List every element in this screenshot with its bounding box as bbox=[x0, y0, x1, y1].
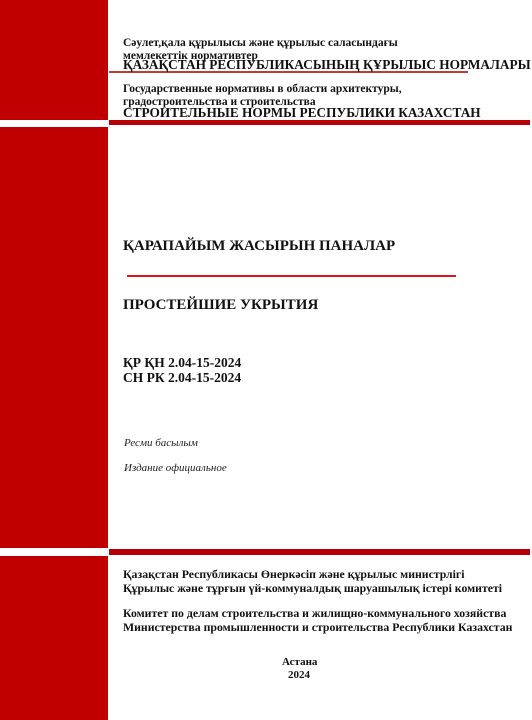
red-block-top bbox=[0, 0, 108, 120]
header-bar bbox=[109, 120, 530, 125]
ministry-kz-line1: Қазақстан Республикасы Өнеркәсіп және құ… bbox=[123, 567, 465, 581]
document-code-ru: СН РК 2.04-15-2024 bbox=[123, 370, 241, 386]
footer-bar bbox=[109, 549, 530, 555]
publication-city: Астана bbox=[282, 656, 316, 669]
ministry-kz-line2: Құрылыс және тұрғын үй-коммуналдық шаруа… bbox=[123, 581, 502, 595]
ministry-ru-line1: Комитет по делам строительства и жилищно… bbox=[123, 606, 506, 620]
document-title-kz: ҚАРАПАЙЫМ ЖАСЫРЫН ПАНАЛАР bbox=[123, 237, 395, 255]
document-code-kz: ҚР ҚН 2.04-15-2024 bbox=[123, 355, 241, 371]
title-divider bbox=[127, 275, 456, 277]
header-ru-title: СТРОИТЕЛЬНЫЕ НОРМЫ РЕСПУБЛИКИ КАЗАХСТАН bbox=[123, 105, 481, 120]
header-kz-title: ҚАЗАҚСТАН РЕСПУБЛИКАСЫНЫҢ ҚҰРЫЛЫС НОРМАЛ… bbox=[123, 57, 531, 72]
red-block-middle bbox=[0, 127, 108, 548]
document-title-ru: ПРОСТЕЙШИЕ УКРЫТИЯ bbox=[123, 296, 318, 314]
red-block-bottom bbox=[0, 556, 108, 720]
header-kz-line1: Сәулет,қала құрылысы және құрылыс саласы… bbox=[123, 37, 398, 50]
ministry-ru-line2: Министерства промышленности и строительс… bbox=[123, 620, 512, 634]
publication-year: 2024 bbox=[282, 669, 316, 682]
header-ru-line1: Государственные нормативы в области архи… bbox=[123, 83, 402, 96]
official-edition-kz: Ресми басылым bbox=[124, 437, 198, 450]
official-edition-ru: Издание официальное bbox=[124, 462, 227, 475]
